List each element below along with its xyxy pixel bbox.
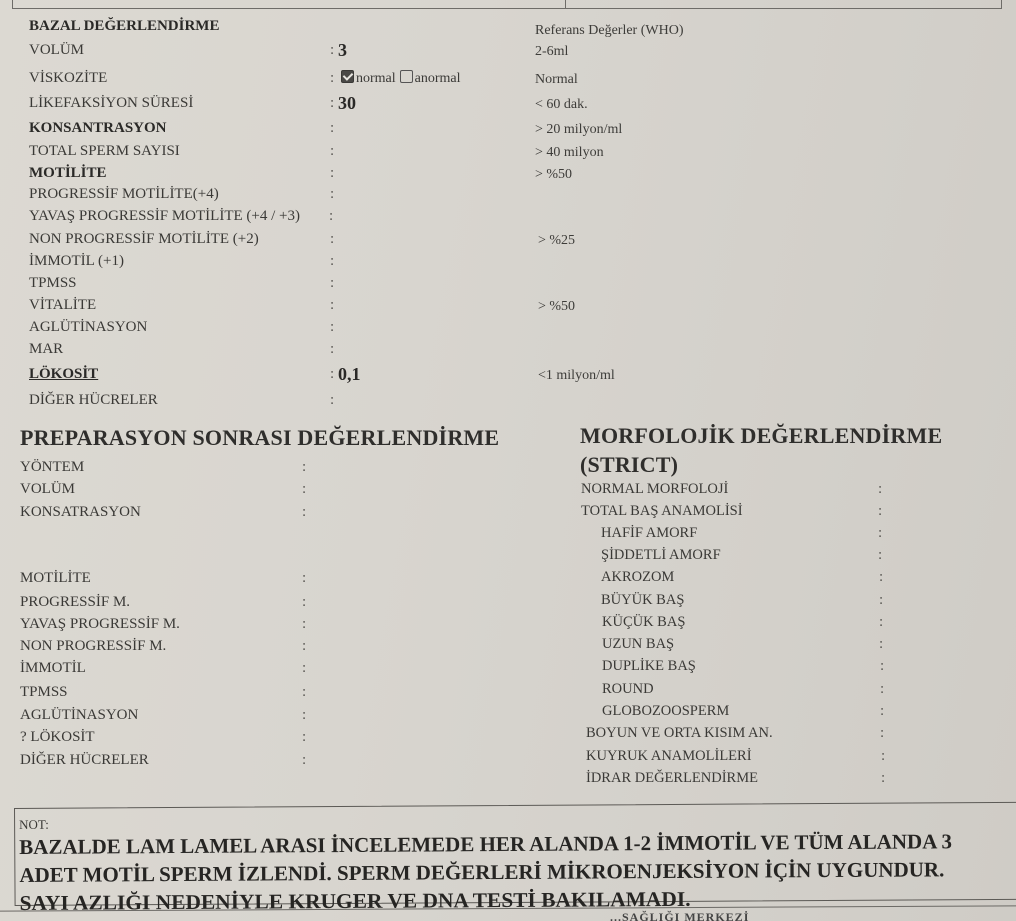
colon: :: [878, 481, 882, 498]
preparasyon-row-label: ? LÖKOSİT: [20, 729, 95, 746]
colon: :: [330, 70, 334, 87]
colon: :: [879, 592, 883, 609]
morfoloji-title-line1: MORFOLOJİK DEĞERLENDİRME: [580, 423, 942, 449]
morfoloji-row-label: ŞİDDETLİ AMORF: [601, 547, 721, 564]
bazal-row-label: VOLÜM: [29, 42, 84, 59]
colon: :: [879, 569, 883, 586]
morfoloji-row-label: AKROZOM: [601, 569, 674, 586]
colon: :: [302, 638, 306, 655]
bazal-row-label: LİKEFAKSİYON SÜRESİ: [29, 95, 193, 112]
morfoloji-row-label: İDRAR DEĞERLENDİRME: [586, 770, 758, 787]
morfoloji-row-label: ROUND: [602, 681, 654, 698]
reference-value: <1 milyon/ml: [538, 368, 615, 384]
colon: :: [302, 707, 306, 724]
colon: :: [302, 752, 306, 769]
colon: :: [880, 658, 884, 675]
colon: :: [302, 504, 306, 521]
checkbox-empty-icon[interactable]: [400, 70, 413, 83]
morfoloji-row-label: UZUN BAŞ: [602, 636, 674, 653]
preparasyon-row-label: AGLÜTİNASYON: [20, 707, 138, 724]
bazal-row-label: İMMOTİL (+1): [29, 253, 124, 270]
colon: :: [302, 616, 306, 633]
colon: :: [880, 681, 884, 698]
reference-value: > 20 milyon/ml: [535, 122, 622, 138]
bazal-row-label: VİSKOZİTE: [29, 70, 107, 87]
morfoloji-row-label: GLOBOZOOSPERM: [602, 703, 729, 720]
preparasyon-row-label: YÖNTEM: [20, 459, 84, 476]
preparasyon-row-label: MOTİLİTE: [20, 570, 91, 587]
bazal-row-label: LÖKOSİT: [29, 366, 98, 383]
colon: :: [330, 253, 334, 270]
colon: :: [330, 95, 334, 112]
colon: :: [302, 729, 306, 746]
preparasyon-row-label: PROGRESSİF M.: [20, 594, 130, 611]
preparasyon-title: PREPARASYON SONRASI DEĞERLENDİRME: [20, 425, 499, 451]
bazal-row-value: 0,1: [338, 364, 361, 385]
bazal-row-label: VİTALİTE: [29, 297, 96, 314]
morfoloji-row-label: HAFİF AMORF: [601, 525, 697, 542]
colon: :: [330, 392, 334, 409]
bazal-row-label: TOTAL SPERM SAYISI: [29, 143, 180, 160]
reference-value: > 40 milyon: [535, 145, 604, 161]
colon: :: [330, 143, 334, 160]
header-table-border: [12, 0, 1002, 9]
morfoloji-title-line2: (STRICT): [580, 452, 678, 478]
reference-value: < 60 dak.: [535, 97, 588, 113]
colon: :: [330, 165, 334, 182]
colon: :: [880, 703, 884, 720]
colon: :: [330, 319, 334, 336]
bazal-row-value: 3: [338, 40, 347, 61]
colon: :: [329, 208, 333, 225]
reference-value: Normal: [535, 72, 578, 88]
morfoloji-row-label: TOTAL BAŞ ANAMOLİSİ: [581, 503, 743, 520]
bazal-row-label: TPMSS: [29, 275, 77, 292]
colon: :: [302, 684, 306, 701]
morfoloji-row-label: DUPLİKE BAŞ: [602, 658, 696, 675]
preparasyon-row-label: VOLÜM: [20, 481, 75, 498]
colon: :: [880, 725, 884, 742]
morfoloji-row-label: KÜÇÜK BAŞ: [602, 614, 685, 631]
colon: :: [330, 186, 334, 203]
morfoloji-row-label: BÜYÜK BAŞ: [601, 592, 684, 609]
bazal-row-value: 30: [338, 93, 356, 114]
preparasyon-row-label: NON PROGRESSİF M.: [20, 638, 166, 655]
preparasyon-row-label: TPMSS: [20, 684, 68, 701]
colon: :: [302, 459, 306, 476]
colon: :: [302, 570, 306, 587]
colon: :: [302, 594, 306, 611]
morfoloji-row-label: KUYRUK ANAMOLİLERİ: [586, 748, 752, 765]
reference-value: > %50: [535, 167, 572, 183]
colon: :: [878, 525, 882, 542]
bazal-row-label: MOTİLİTE: [29, 165, 107, 182]
bazal-row-label: AGLÜTİNASYON: [29, 319, 147, 336]
preparasyon-row-label: KONSATRASYON: [20, 504, 141, 521]
bazal-title: BAZAL DEĞERLENDİRME: [29, 18, 219, 35]
colon: :: [330, 275, 334, 292]
bazal-row-label: YAVAŞ PROGRESSİF MOTİLİTE (+4 / +3): [29, 208, 300, 225]
bazal-row-label: MAR: [29, 341, 63, 358]
note-label: NOT:: [19, 817, 49, 833]
colon: :: [330, 366, 334, 383]
colon: :: [302, 660, 306, 677]
colon: :: [330, 42, 334, 59]
colon: :: [330, 120, 334, 137]
note-box: NOT: BAZALDE LAM LAMEL ARASI İNCELEMEDE …: [14, 802, 1016, 906]
bazal-row-label: DİĞER HÜCRELER: [29, 392, 158, 409]
preparasyon-row-label: DİĞER HÜCRELER: [20, 752, 149, 769]
colon: :: [878, 547, 882, 564]
preparasyon-row-label: İMMOTİL: [20, 660, 86, 677]
viscosity-option-label: anormal: [415, 71, 461, 86]
colon: :: [881, 748, 885, 765]
note-line-3: SAYI AZLIĞI NEDENİYLE KRUGER VE DNA TEST…: [19, 885, 690, 917]
viscosity-option-anormal[interactable]: anormal: [400, 71, 461, 86]
colon: :: [881, 770, 885, 787]
footer-partial-text: ...SAĞLIĞI MERKEZİ: [610, 910, 749, 921]
morfoloji-row-label: NORMAL MORFOLOJİ: [581, 481, 728, 498]
colon: :: [879, 636, 883, 653]
morfoloji-row-label: BOYUN VE ORTA KISIM AN.: [586, 725, 773, 742]
reference-value: > %25: [538, 233, 575, 249]
colon: :: [330, 297, 334, 314]
colon: :: [330, 231, 334, 248]
viscosity-option-label: normal: [356, 71, 396, 86]
bazal-row-label: NON PROGRESSİF MOTİLİTE (+2): [29, 231, 259, 248]
viscosity-option-normal[interactable]: normal: [341, 71, 396, 86]
reference-header: Referans Değerler (WHO): [535, 23, 683, 39]
bazal-row-label: KONSANTRASYON: [29, 120, 167, 137]
reference-value: > %50: [538, 299, 575, 315]
preparasyon-row-label: YAVAŞ PROGRESSİF M.: [20, 616, 180, 633]
header-table-divider: [565, 0, 566, 8]
colon: :: [879, 614, 883, 631]
colon: :: [878, 503, 882, 520]
bazal-row-label: PROGRESSİF MOTİLİTE(+4): [29, 186, 219, 203]
colon: :: [302, 481, 306, 498]
checkbox-checked-icon[interactable]: [341, 70, 354, 83]
reference-value: 2-6ml: [535, 44, 568, 60]
note-line-2: ADET MOTİL SPERM İZLENDİ. SPERM DEĞERLER…: [19, 855, 944, 889]
colon: :: [330, 341, 334, 358]
viscosity-options: normalanormal: [341, 70, 465, 87]
